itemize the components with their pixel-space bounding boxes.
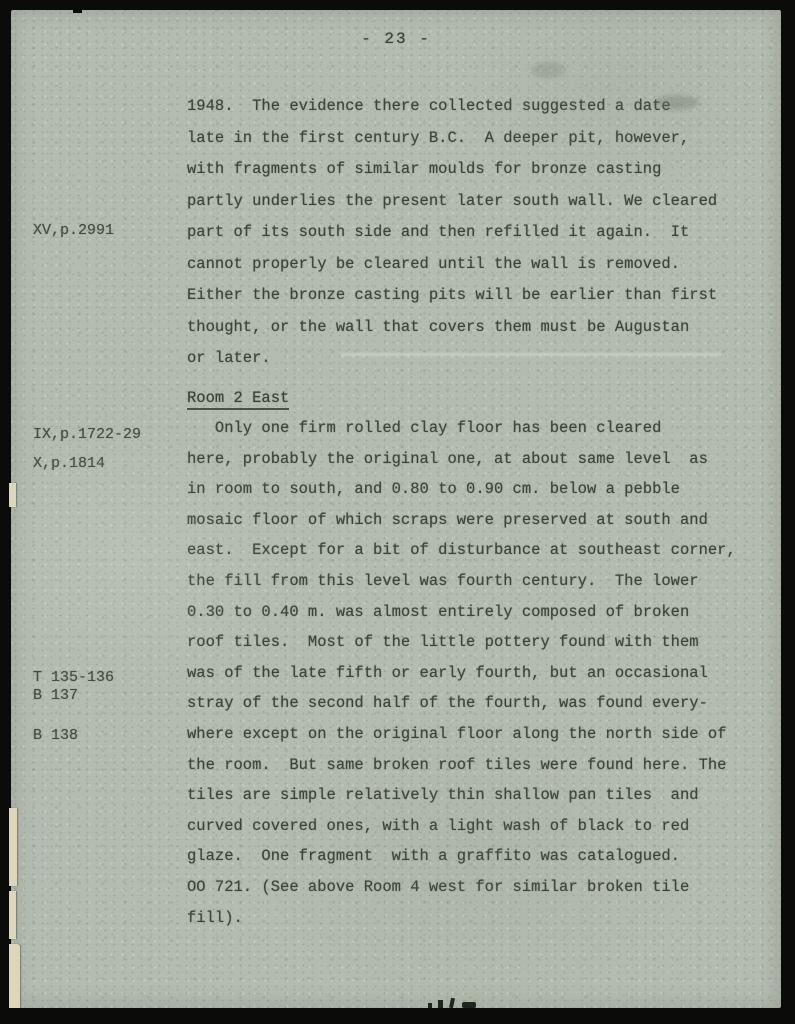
typewritten-line: with fragments of similar moulds for bro… xyxy=(187,154,717,186)
typewritten-line: partly underlies the present later south… xyxy=(187,186,717,218)
margin-reference: IX,p.1722-29 xyxy=(33,426,141,443)
torn-edge-chip xyxy=(9,483,16,507)
typewritten-line: or later. xyxy=(187,343,717,375)
margin-reference: XV,p.2991 xyxy=(33,222,114,239)
page-number: - 23 - xyxy=(11,30,781,48)
paragraph-2: Only one firm rolled clay floor has been… xyxy=(187,413,736,933)
typewritten-line: tiles are simple relatively thin shallow… xyxy=(187,780,736,811)
margin-reference: B 137 xyxy=(33,687,78,704)
torn-edge-chip xyxy=(9,808,17,886)
paragraph-1: 1948. The evidence there collected sugge… xyxy=(187,91,717,375)
margin-reference: X,p.1814 xyxy=(33,455,105,472)
torn-edge-chip xyxy=(9,944,20,1008)
typewritten-line: 0.30 to 0.40 m. was almost entirely comp… xyxy=(187,597,736,628)
typewritten-line: the room. But same broken roof tiles wer… xyxy=(187,750,736,781)
typewritten-line: late in the first century B.C. A deeper … xyxy=(187,123,717,155)
typewritten-line: in room to south, and 0.80 to 0.90 cm. b… xyxy=(187,474,736,505)
cutoff-text-marks xyxy=(428,998,498,1008)
typewritten-line: thought, or the wall that covers them mu… xyxy=(187,312,717,344)
typewritten-line: was of the late fifth or early fourth, b… xyxy=(187,658,736,689)
typewritten-line: the fill from this level was fourth cent… xyxy=(187,566,736,597)
typewritten-line: glaze. One fragment with a graffito was … xyxy=(187,841,736,872)
section-heading: Room 2 East xyxy=(187,383,289,415)
typewritten-line: stray of the second half of the fourth, … xyxy=(187,688,736,719)
typewritten-line: roof tiles. Most of the little pottery f… xyxy=(187,627,736,658)
typewritten-line: OO 721. (See above Room 4 west for simil… xyxy=(187,872,736,903)
typewritten-line: here, probably the original one, at abou… xyxy=(187,444,736,475)
typewritten-line: east. Except for a bit of disturbance at… xyxy=(187,535,736,566)
ink-smudge xyxy=(655,95,699,110)
scan-background: - 23 - XV,p.2991IX,p.1722-29X,p.1814T 13… xyxy=(0,0,795,1024)
typewritten-line: fill). xyxy=(187,903,736,934)
typewritten-line: 1948. The evidence there collected sugge… xyxy=(187,91,717,123)
typewritten-line: cannot properly be cleared until the wal… xyxy=(187,249,717,281)
typewritten-line: part of its south side and then refilled… xyxy=(187,217,717,249)
margin-reference: T 135-136 xyxy=(33,669,114,686)
typewritten-line: Either the bronze casting pits will be e… xyxy=(187,280,717,312)
paper-crease xyxy=(341,353,721,356)
ink-smudge xyxy=(531,62,565,78)
typewritten-line: Only one firm rolled clay floor has been… xyxy=(187,413,736,444)
typewritten-line: mosaic floor of which scraps were preser… xyxy=(187,505,736,536)
torn-edge-chip xyxy=(9,891,16,939)
typewritten-line: curved covered ones, with a light wash o… xyxy=(187,811,736,842)
edge-notch xyxy=(73,8,82,13)
section-heading-text: Room 2 East xyxy=(187,389,289,410)
document-page: - 23 - XV,p.2991IX,p.1722-29X,p.1814T 13… xyxy=(11,10,781,1008)
margin-reference: B 138 xyxy=(33,727,78,744)
typewritten-line: where except on the original floor along… xyxy=(187,719,736,750)
